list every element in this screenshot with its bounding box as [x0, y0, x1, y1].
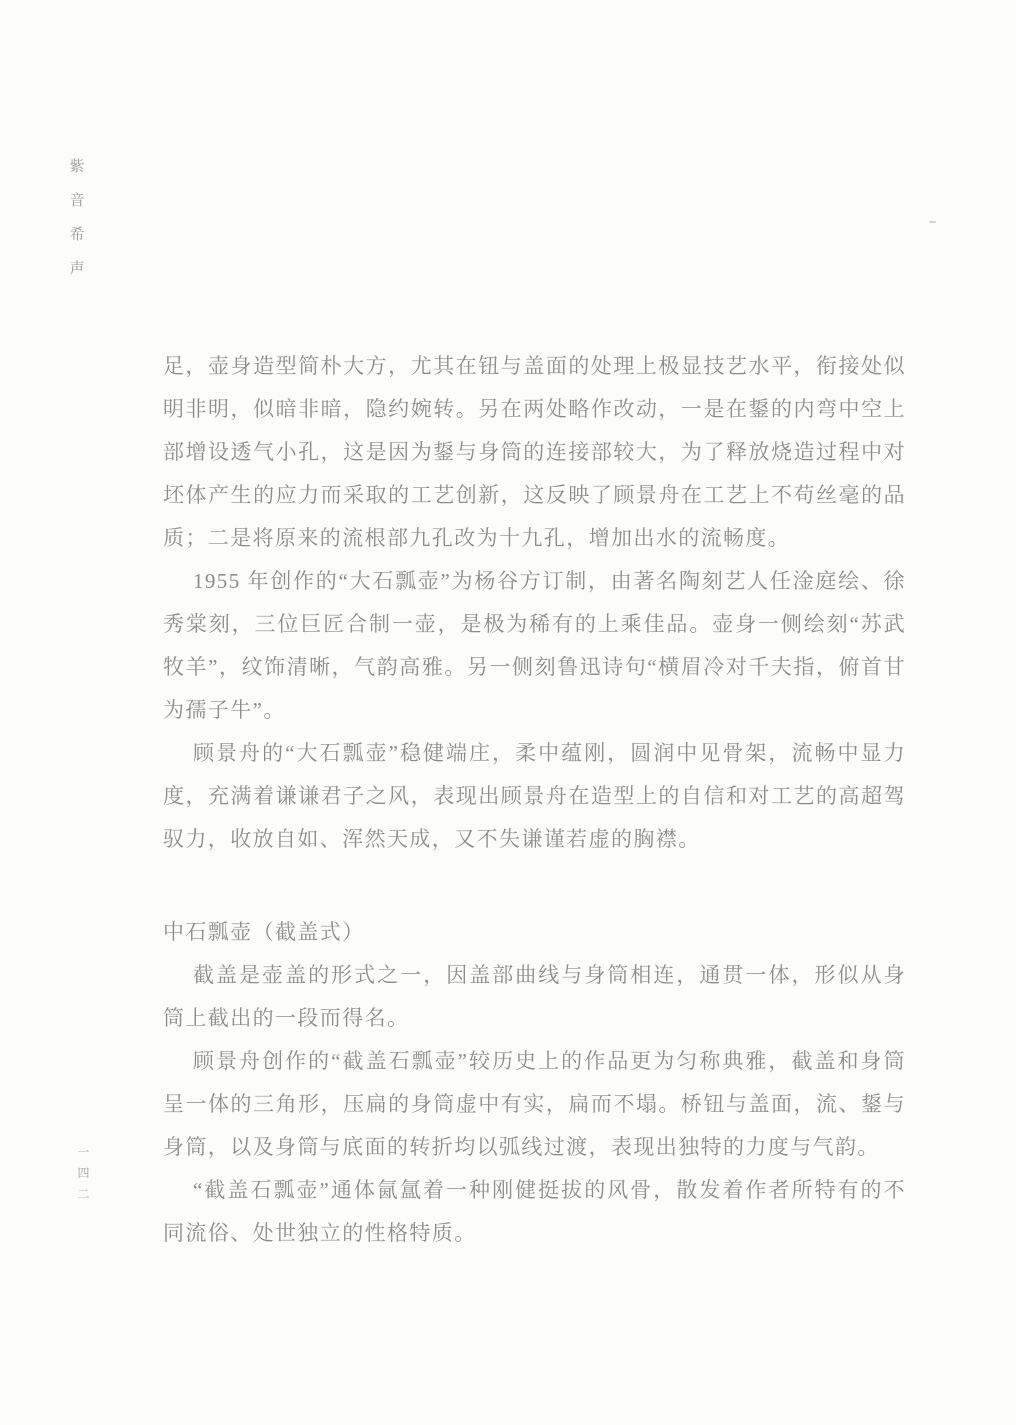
paragraph-dashipiao-style: 顾景舟的“大石瓢壶”稳健端庄，柔中蕴刚，圆润中见骨架，流畅中显力度，充满着谦谦君…: [163, 732, 906, 861]
paragraph-jiegai-shape: 顾景舟创作的“截盖石瓢壶”较历史上的作品更为匀称典雅，截盖和身筒呈一体的三角形，…: [163, 1040, 906, 1169]
scan-artifact: [929, 221, 936, 223]
paragraph-continuation: 足，壶身造型简朴大方，尤其在钮与盖面的处理上极显技艺水平，衔接处似明非明，似暗非…: [163, 345, 906, 560]
body-text: 足，壶身造型简朴大方，尤其在钮与盖面的处理上极显技艺水平，衔接处似明非明，似暗非…: [163, 345, 906, 1255]
book-page: 紫音希声 一四二 足，壶身造型简朴大方，尤其在钮与盖面的处理上极显技艺水平，衔接…: [0, 0, 1016, 1425]
paragraph-jiegai-definition: 截盖是壶盖的形式之一，因盖部曲线与身筒相连，通贯一体，形似从身筒上截出的一段而得…: [163, 954, 906, 1040]
paragraph-jiegai-character: “截盖石瓢壶”通体氤氲着一种刚健挺拔的风骨，散发着作者所特有的不同流俗、处世独立…: [163, 1169, 906, 1255]
paragraph-dashipiao-1955: 1955 年创作的“大石瓢壶”为杨谷方订制，由著名陶刻艺人任淦庭绘、徐秀棠刻，三…: [163, 560, 906, 732]
section-heading: 中石瓢壶（截盖式）: [163, 911, 906, 954]
book-spine-title: 紫音希声: [68, 150, 86, 286]
page-number: 一四二: [76, 1142, 91, 1205]
